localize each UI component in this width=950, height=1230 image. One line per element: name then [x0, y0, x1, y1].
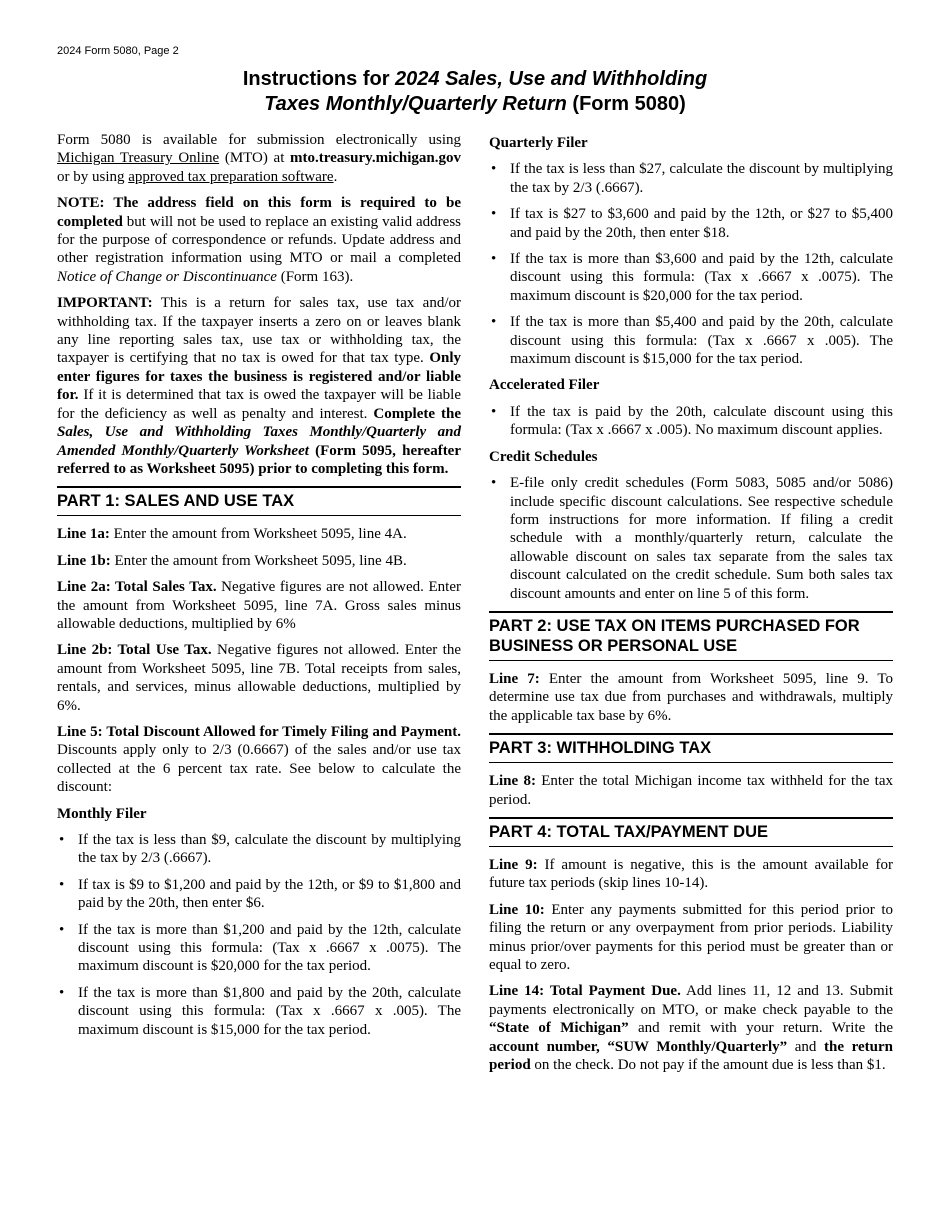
line-7-paragraph: Line 7: Enter the amount from Worksheet … — [489, 670, 893, 725]
text-segment: Enter the amount from Worksheet 5095, li… — [110, 526, 407, 542]
bullet-icon: • — [57, 831, 78, 868]
text-segment: 2024 Sales, Use and Withholding — [395, 68, 707, 90]
text-segment: Line 2a: Total Sales Tax. — [57, 579, 217, 595]
text-segment: and — [787, 1039, 824, 1055]
text-segment: If the tax is less than $9, calculate th… — [78, 832, 461, 866]
text-segment: Line 7: — [489, 671, 540, 687]
bullet-icon: • — [57, 876, 78, 913]
list-item: • If tax is $27 to $3,600 and paid by th… — [489, 205, 893, 242]
text-segment: on the check. Do not pay if the amount d… — [531, 1057, 886, 1073]
text-segment: If the tax is more than $5,400 and paid … — [510, 314, 893, 367]
instructions-page: 2024 Form 5080, Page 2 Instructions for … — [0, 0, 950, 1082]
line-14-paragraph: Line 14: Total Payment Due. Add lines 11… — [489, 982, 893, 1074]
text-segment: Line 10: — [489, 902, 545, 918]
list-item: • If the tax is more than $1,200 and pai… — [57, 921, 461, 976]
page-header: 2024 Form 5080, Page 2 — [57, 45, 893, 58]
bullet-icon: • — [489, 313, 510, 368]
bullet-text: If tax is $9 to $1,200 and paid by the 1… — [78, 876, 461, 913]
line-1a-paragraph: Line 1a: Enter the amount from Worksheet… — [57, 525, 461, 543]
text-link[interactable]: Michigan Treasury Online — [57, 150, 219, 166]
text-segment: “State of Michigan” — [489, 1020, 629, 1036]
line-2b-paragraph: Line 2b: Total Use Tax. Negative figures… — [57, 641, 461, 715]
text-segment: Line 2b: Total Use Tax. — [57, 642, 212, 658]
text-segment: Notice of Change or Discontinuance — [57, 269, 277, 285]
text-segment: If the tax is more than $3,600 and paid … — [510, 251, 893, 304]
line-10-paragraph: Line 10: Enter any payments submitted fo… — [489, 901, 893, 975]
line-1b-paragraph: Line 1b: Enter the amount from Worksheet… — [57, 552, 461, 570]
bullet-text: If the tax is more than $1,200 and paid … — [78, 921, 461, 976]
note-paragraph: NOTE: The address field on this form is … — [57, 194, 461, 286]
bullet-icon: • — [57, 984, 78, 1039]
text-segment: Complete the — [373, 406, 461, 422]
text-segment: Instructions for — [243, 68, 395, 90]
part3-heading: PART 3: WITHHOLDING TAX — [489, 733, 893, 763]
text-segment: account number, “SUW Monthly/Quarterly” — [489, 1039, 787, 1055]
list-item: • If the tax is less than $9, calculate … — [57, 831, 461, 868]
list-item: • If the tax is more than $3,600 and pai… — [489, 250, 893, 305]
text-segment: Line 1b: — [57, 553, 111, 569]
page-title-line1: Instructions for 2024 Sales, Use and Wit… — [57, 67, 893, 92]
text-segment: Line 8: — [489, 773, 536, 789]
line-9-paragraph: Line 9: If amount is negative, this is t… — [489, 856, 893, 893]
text-segment: mto.treasury.michigan.gov — [290, 150, 461, 166]
bullet-text: E-file only credit schedules (Form 5083,… — [510, 474, 893, 603]
text-segment: If amount is negative, this is the amoun… — [489, 857, 893, 891]
intro-paragraph: Form 5080 is available for submission el… — [57, 131, 461, 186]
text-segment: . — [334, 169, 338, 185]
text-segment: Enter the amount from Worksheet 5095, li… — [489, 671, 893, 724]
important-paragraph: IMPORTANT: This is a return for sales ta… — [57, 294, 461, 478]
text-segment: Form 5080 is available for submission el… — [57, 132, 461, 148]
text-segment: and remit with your return. Write the — [629, 1020, 893, 1036]
bullet-icon: • — [489, 205, 510, 242]
text-segment: Line 9: — [489, 857, 538, 873]
part2-heading: PART 2: USE TAX ON ITEMS PURCHASED FOR B… — [489, 611, 893, 661]
text-segment: (Form 5080) — [567, 93, 686, 115]
list-item: • E-file only credit schedules (Form 508… — [489, 474, 893, 603]
text-segment: Enter the amount from Worksheet 5095, li… — [111, 553, 407, 569]
quarterly-filer-heading: Quarterly Filer — [489, 134, 893, 152]
accelerated-filer-heading: Accelerated Filer — [489, 376, 893, 394]
text-segment: Discounts apply only to 2/3 (0.6667) of … — [57, 742, 461, 795]
list-item: • If the tax is paid by the 20th, calcul… — [489, 403, 893, 440]
line-8-paragraph: Line 8: Enter the total Michigan income … — [489, 772, 893, 809]
bullet-text: If the tax is less than $27, calculate t… — [510, 160, 893, 197]
left-column: Form 5080 is available for submission el… — [57, 131, 461, 1082]
monthly-filer-heading: Monthly Filer — [57, 805, 461, 823]
bullet-icon: • — [489, 474, 510, 603]
text-segment: If the tax is paid by the 20th, calculat… — [510, 404, 893, 438]
text-segment: Line 14: Total Payment Due. — [489, 983, 681, 999]
credit-schedules-heading: Credit Schedules — [489, 448, 893, 466]
list-item: • If tax is $9 to $1,200 and paid by the… — [57, 876, 461, 913]
text-segment: Line 1a: — [57, 526, 110, 542]
part4-heading: PART 4: TOTAL TAX/PAYMENT DUE — [489, 817, 893, 847]
text-segment: Taxes Monthly/Quarterly Return — [264, 93, 567, 115]
bullet-text: If tax is $27 to $3,600 and paid by the … — [510, 205, 893, 242]
list-item: • If the tax is less than $27, calculate… — [489, 160, 893, 197]
text-segment: or by using — [57, 169, 128, 185]
list-item: • If the tax is more than $1,800 and pai… — [57, 984, 461, 1039]
right-column: Quarterly Filer • If the tax is less tha… — [489, 131, 893, 1082]
line-5-paragraph: Line 5: Total Discount Allowed for Timel… — [57, 723, 461, 797]
text-segment: Line 5: Total Discount Allowed for Timel… — [57, 724, 461, 740]
text-segment: E-file only credit schedules (Form 5083,… — [510, 475, 893, 601]
text-segment: Enter the total Michigan income tax with… — [489, 773, 893, 807]
bullet-text: If the tax is paid by the 20th, calculat… — [510, 403, 893, 440]
page-title: Instructions for 2024 Sales, Use and Wit… — [57, 67, 893, 117]
bullet-icon: • — [489, 250, 510, 305]
bullet-text: If the tax is less than $9, calculate th… — [78, 831, 461, 868]
text-segment: (Form 163). — [277, 269, 353, 285]
text-segment: If tax is $9 to $1,200 and paid by the 1… — [78, 877, 461, 911]
text-segment: If the tax is more than $1,800 and paid … — [78, 985, 461, 1038]
part1-heading: PART 1: SALES AND USE TAX — [57, 486, 461, 516]
text-segment: If the tax is less than $27, calculate t… — [510, 161, 893, 195]
bullet-icon: • — [57, 921, 78, 976]
text-segment: If tax is $27 to $3,600 and paid by the … — [510, 206, 893, 240]
line-2a-paragraph: Line 2a: Total Sales Tax. Negative figur… — [57, 578, 461, 633]
text-segment: Enter any payments submitted for this pe… — [489, 902, 893, 973]
text-segment: If the tax is more than $1,200 and paid … — [78, 922, 461, 975]
bullet-text: If the tax is more than $5,400 and paid … — [510, 313, 893, 368]
bullet-text: If the tax is more than $3,600 and paid … — [510, 250, 893, 305]
page-title-line2: Taxes Monthly/Quarterly Return (Form 508… — [57, 92, 893, 117]
text-segment: IMPORTANT: — [57, 295, 153, 311]
text-segment: (MTO) at — [219, 150, 290, 166]
bullet-icon: • — [489, 403, 510, 440]
bullet-icon: • — [489, 160, 510, 197]
bullet-text: If the tax is more than $1,800 and paid … — [78, 984, 461, 1039]
list-item: • If the tax is more than $5,400 and pai… — [489, 313, 893, 368]
two-column-body: Form 5080 is available for submission el… — [57, 131, 893, 1082]
text-link[interactable]: approved tax preparation software — [128, 169, 333, 185]
